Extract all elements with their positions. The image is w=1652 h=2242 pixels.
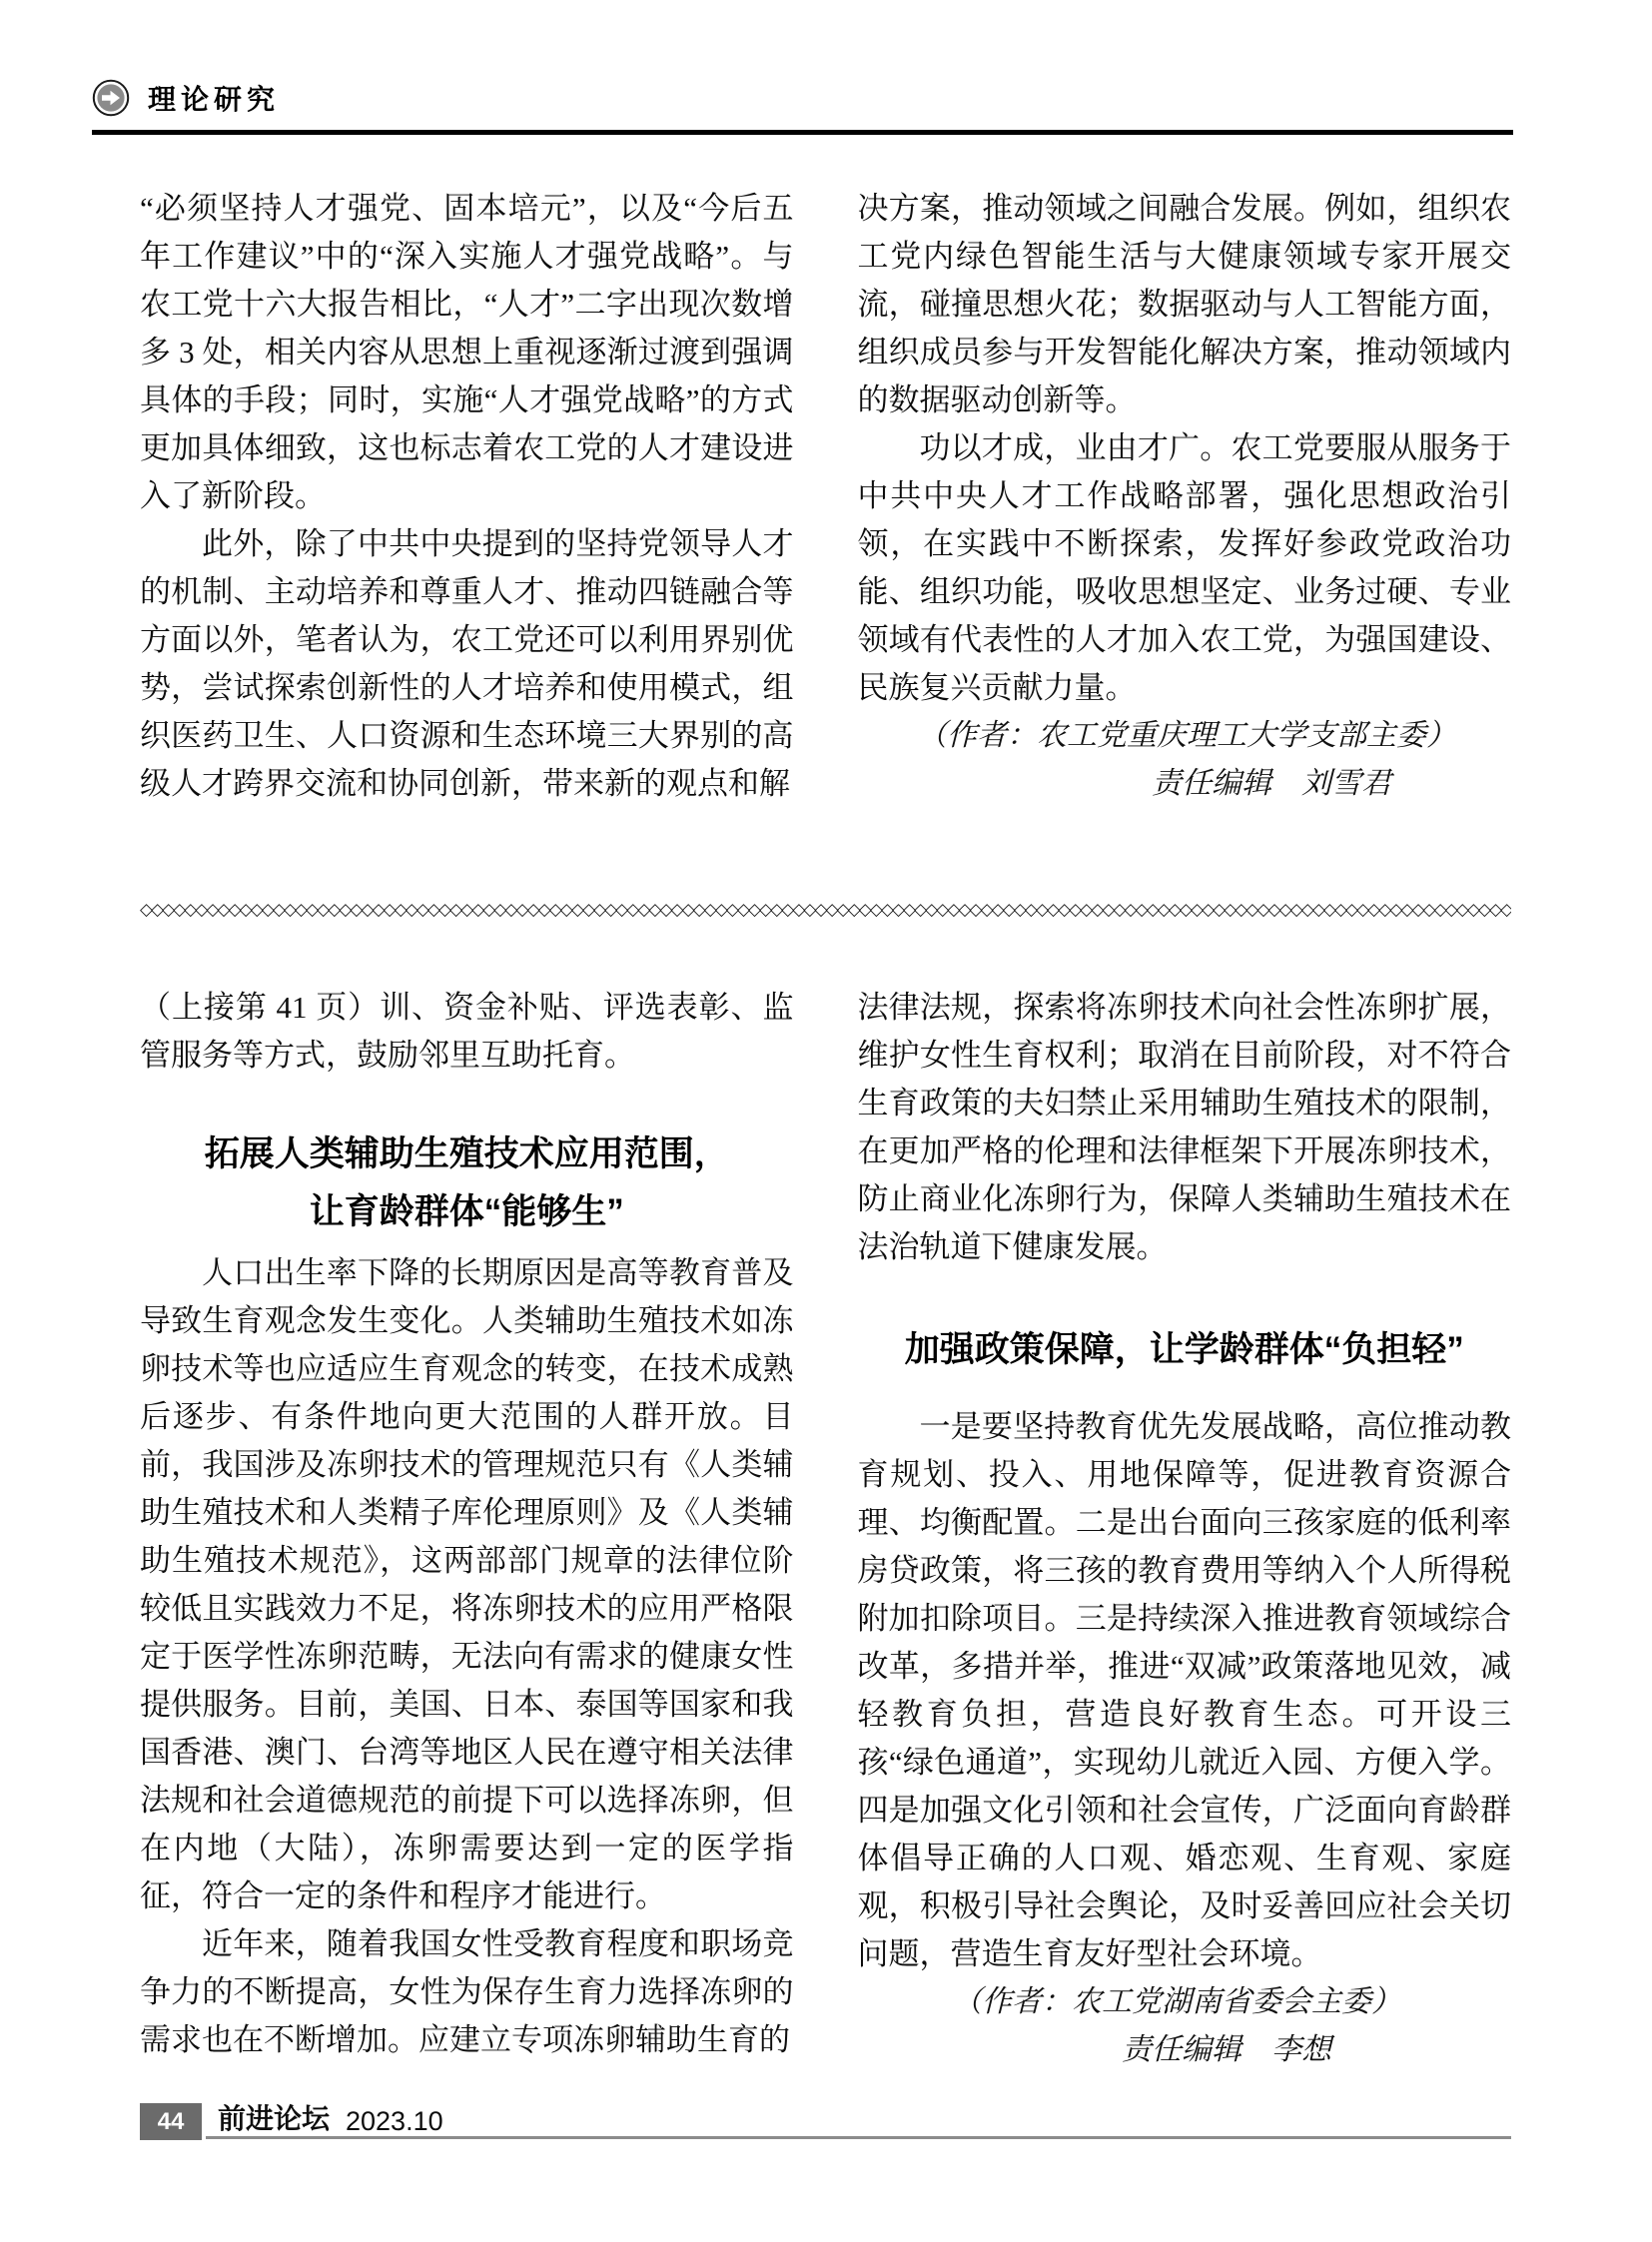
issue-number: 2023.10 xyxy=(346,2105,443,2137)
article-fertility-policy: （上接第 41 页）训、资金补贴、评选表彰、监管服务等方式，鼓励邻里互助托育。 … xyxy=(140,984,1511,2074)
paragraph: 法律法规，探索将冻卵技术向社会性冻卵扩展，维护女性生育权利；取消在目前阶段，对不… xyxy=(858,984,1512,1271)
subheading-line: 拓展人类辅助生殖技术应用范围， xyxy=(205,1134,729,1173)
article-fertility-right-column: 法律法规，探索将冻卵技术向社会性冻卵扩展，维护女性生育权利；取消在目前阶段，对不… xyxy=(858,984,1512,2074)
paragraph: 近年来，随着我国女性受教育程度和职场竞争力的不断提高，女性为保存生育力选择冻卵的… xyxy=(140,1920,794,2064)
article-fertility-left-column: （上接第 41 页）训、资金补贴、评选表彰、监管服务等方式，鼓励邻里互助托育。 … xyxy=(140,984,794,2074)
page-content: “必须坚持人才强党、固本培元”，以及“今后五年工作建议”中的“深入实施人才强党战… xyxy=(140,185,1511,2074)
author-line: （作者：农工党重庆理工大学支部主委） xyxy=(858,712,1512,760)
paragraph: 决方案，推动领域之间融合发展。例如，组织农工党内绿色智能生活与大健康领域专家开展… xyxy=(858,185,1512,424)
editor-line: 责任编辑 刘雪君 xyxy=(858,760,1512,808)
subheading-line: 让育龄群体“能够生” xyxy=(310,1192,624,1231)
paragraph: “必须坚持人才强党、固本培元”，以及“今后五年工作建议”中的“深入实施人才强党战… xyxy=(140,185,794,520)
arrow-circle-icon xyxy=(92,79,130,117)
paragraph: 人口出生率下降的长期原因是高等教育普及导致生育观念发生变化。人类辅助生殖技术如冻… xyxy=(140,1249,794,1920)
subheading-policy-support: 加强政策保障，让学龄群体“负担轻” xyxy=(858,1321,1512,1379)
section-title: 理论研究 xyxy=(148,78,280,118)
magazine-page: 理论研究 “必须坚持人才强党、固本培元”，以及“今后五年工作建议”中的“深入实施… xyxy=(0,0,1652,2242)
paragraph: 此外，除了中共中央提到的坚持党领导人才的机制、主动培养和尊重人才、推动四链融合等… xyxy=(140,520,794,808)
paragraph: 功以才成，业由才广。农工党要服从服务于中共中央人才工作战略部署，强化思想政治引领… xyxy=(858,424,1512,712)
paragraph: 一是要坚持教育优先发展战略，高位推动教育规划、投入、用地保障等，促进教育资源合理… xyxy=(858,1403,1512,1978)
page-number-badge: 44 xyxy=(140,2103,202,2140)
editor-line: 责任编辑 李想 xyxy=(858,2026,1512,2074)
article-talent: “必须坚持人才强党、固本培元”，以及“今后五年工作建议”中的“深入实施人才强党战… xyxy=(140,185,1511,808)
journal-name: 前进论坛 xyxy=(218,2103,330,2137)
article-talent-right-column: 决方案，推动领域之间融合发展。例如，组织农工党内绿色智能生活与大健康领域专家开展… xyxy=(858,185,1512,808)
author-line: （作者：农工党湖南省委会主委） xyxy=(858,1978,1512,2026)
page-footer: 44 前进论坛 2023.10 xyxy=(140,2103,1511,2147)
article-talent-left-column: “必须坚持人才强党、固本培元”，以及“今后五年工作建议”中的“深入实施人才强党战… xyxy=(140,185,794,808)
page-header: 理论研究 xyxy=(92,0,1513,135)
subheading-assisted-reproduction: 拓展人类辅助生殖技术应用范围， 让育龄群体“能够生” xyxy=(140,1125,794,1241)
decorative-divider: ◇◇◇◇◇◇◇◇◇◇◇◇◇◇◇◇◇◇◇◇◇◇◇◇◇◇◇◇◇◇◇◇◇◇◇◇◇◇◇◇… xyxy=(140,902,1511,920)
continuation-note-paragraph: （上接第 41 页）训、资金补贴、评选表彰、监管服务等方式，鼓励邻里互助托育。 xyxy=(140,984,794,1080)
